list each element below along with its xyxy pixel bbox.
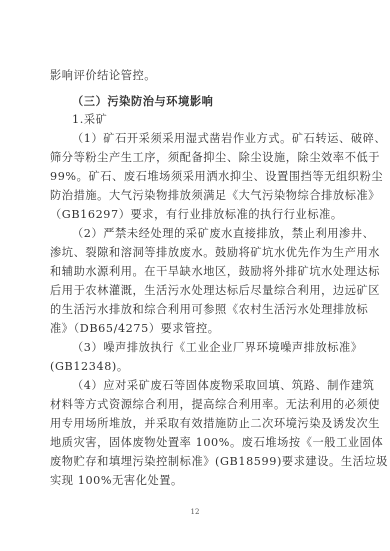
- text-line: （1）矿石开采须采用湿式凿岩作业方式。矿石转运、破碎、: [72, 132, 338, 146]
- text-line: （GB16297）要求，有行业排放标准的执行行业标准。: [50, 208, 338, 222]
- text-line: 用专用场所堆放，并采取有效措施防止二次环境污染及诱发次生: [50, 417, 338, 431]
- text-line: 准》（DB65/4275）要求管控。: [50, 322, 338, 336]
- text-line: 筛分等粉尘产生工序，须配备抑尘、除尘设施，除尘效率不低于: [50, 151, 338, 165]
- section-heading: （三）污染防治与环境影响: [72, 94, 338, 108]
- text-line: （2）严禁未经处理的采矿废水直接排放，禁止利用渗井、: [72, 227, 338, 241]
- text-line: (GB12348)。: [50, 360, 338, 374]
- text-line: 防治措施。大气污染物排放须满足《大气污染物综合排放标准》: [50, 189, 338, 203]
- text-line: （4）应对采矿废石等固体废物采取回填、筑路、制作建筑: [72, 379, 338, 393]
- text-line: 和辅助水源利用。在干旱缺水地区，鼓励将外排矿坑水处理达标: [50, 265, 338, 279]
- document-page: 影响评价结论管控。 （三）污染防治与环境影响 1.采矿 （1）矿石开采须采用湿式…: [0, 0, 390, 551]
- text-line: 影响评价结论管控。: [50, 69, 338, 83]
- text-line: 材料等方式资源综合利用，提高综合利用率。无法利用的必须使: [50, 398, 338, 412]
- text-line: 地质灾害，固体废物处置率 100%。废石堆场按《一般工业固体: [50, 436, 338, 450]
- text-line: （3）噪声排放执行《工业企业厂界环境噪声排放标准》: [72, 341, 338, 355]
- text-line: 实现 100%无害化处置。: [50, 474, 338, 488]
- text-line: 后用于农林灌溉，生活污水处理达标后尽量综合利用，边远矿区: [50, 284, 338, 298]
- text-line: 渗坑、裂隙和溶洞等排放废水。鼓励将矿坑水优先作为生产用水: [50, 246, 338, 260]
- subsection-heading: 1.采矿: [72, 113, 338, 127]
- text-line: 废物贮存和填埋污染控制标准》(GB18599)要求建设。生活垃圾: [50, 455, 338, 469]
- page-number: 12: [0, 508, 390, 516]
- text-line: 99%。矿石、废石堆场须采用洒水抑尘、设置围挡等无组织粉尘: [50, 170, 338, 184]
- text-line: 的生活污水排放和综合利用可参照《农村生活污水处理排放标: [50, 303, 338, 317]
